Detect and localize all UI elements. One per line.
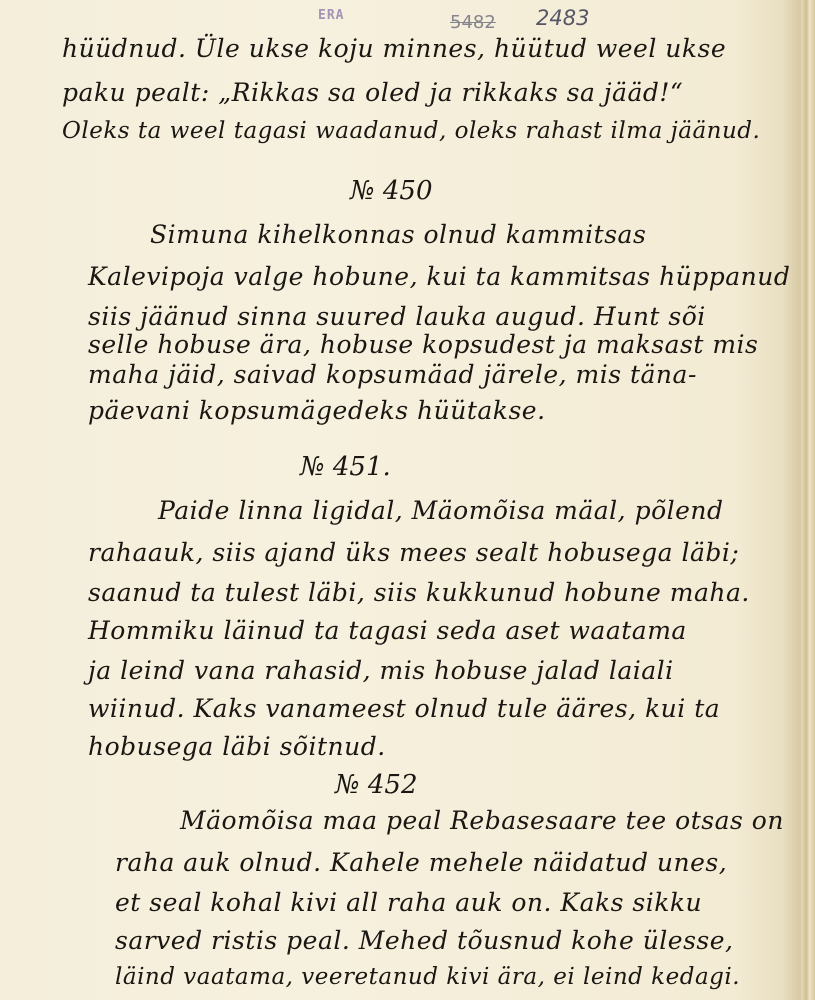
text-line: selle hobuse ära, hobuse kopsudest ja ma… xyxy=(88,330,758,359)
text-line: raha auk olnud. Kahele mehele näidatud u… xyxy=(115,848,727,877)
page-edge xyxy=(801,0,815,1000)
text-line: Kalevipoja valge hobune, kui ta kammitsa… xyxy=(88,262,790,291)
text-line: läind vaatama, veeretanud kivi ära, ei l… xyxy=(115,964,740,990)
entry-number: № 450 xyxy=(350,176,433,206)
entry-number: № 452 xyxy=(335,770,418,800)
text-line: Paide linna ligidal, Mäomõisa mäal, põle… xyxy=(158,496,724,525)
text-line: et seal kohal kivi all raha auk on. Kaks… xyxy=(115,888,702,917)
text-line: paku pealt: „Rikkas sa oled ja rikkaks s… xyxy=(62,78,683,107)
text-line: saanud ta tulest läbi, siis kukkunud hob… xyxy=(88,578,750,607)
archive-number: 2483 xyxy=(536,6,589,30)
text-line: päevani kopsumägedeks hüütakse. xyxy=(88,396,546,425)
text-line: Simuna kihelkonnas olnud kammitsas xyxy=(150,220,646,249)
text-line: Hommiku läinud ta tagasi seda aset waata… xyxy=(88,616,687,645)
text-line: wiinud. Kaks vanameest olnud tule ääres,… xyxy=(88,694,720,723)
text-line: hobusega läbi sõitnud. xyxy=(88,732,386,761)
entry-number: № 451. xyxy=(300,452,391,482)
text-line: ja leind vana rahasid, mis hobuse jalad … xyxy=(88,656,674,685)
text-line: hüüdnud. Üle ukse koju minnes, hüütud we… xyxy=(62,34,726,63)
archive-number-struck: 5482 xyxy=(450,12,496,33)
text-line: Mäomõisa maa peal Rebasesaare tee otsas … xyxy=(180,806,784,835)
text-line: maha jäid, saivad kopsumäad järele, mis … xyxy=(88,360,697,389)
archive-stamp: ERA xyxy=(318,8,344,23)
text-line: siis jäänud sinna suured lauka augud. Hu… xyxy=(88,302,706,331)
text-line: rahaauk, siis ajand üks mees sealt hobus… xyxy=(88,538,739,567)
text-line: sarved ristis peal. Mehed tõusnud kohe ü… xyxy=(115,926,734,955)
text-line: Oleks ta weel tagasi waadanud, oleks rah… xyxy=(62,118,760,144)
